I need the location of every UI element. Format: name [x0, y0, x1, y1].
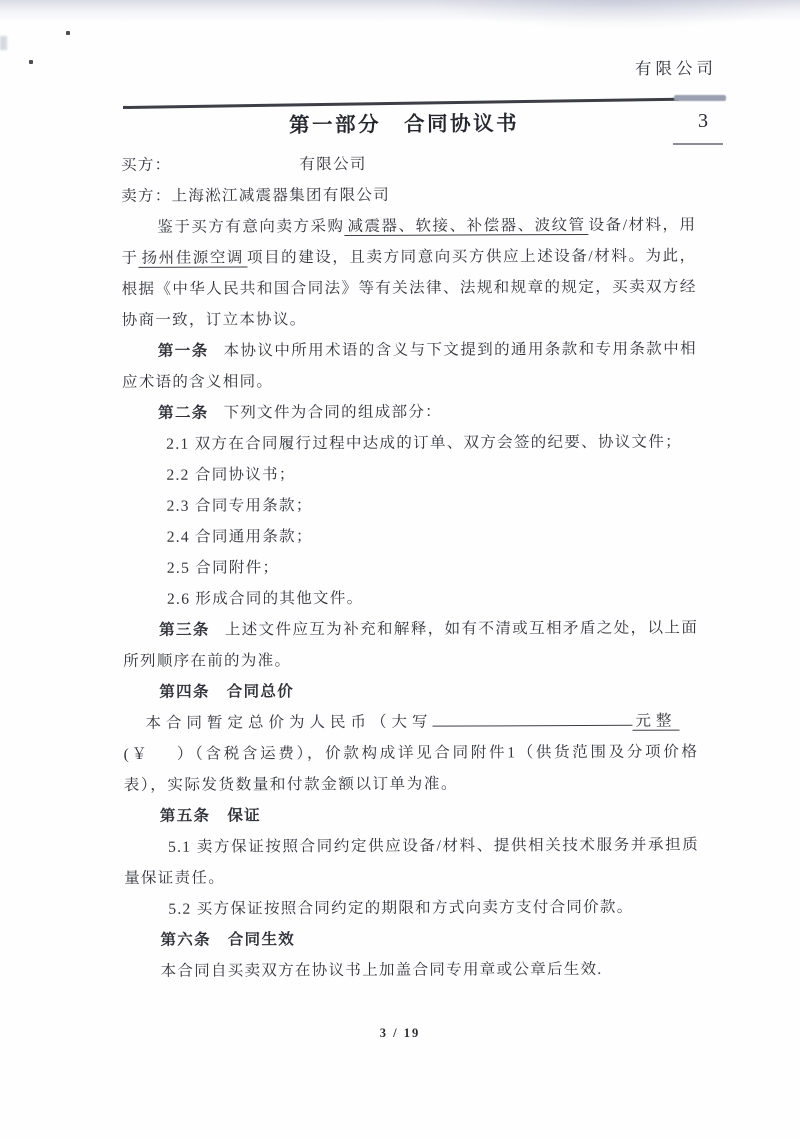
clause-6-heading: 第六条合同生效 [124, 922, 699, 956]
clause-2-item: 2.2 合同协议书； [122, 457, 697, 491]
corner-page-number: 3 [688, 110, 718, 133]
seller-line: 卖方：上海淞江减震器集团有限公司 [121, 178, 696, 212]
footer-page-number: 3 / 19 [0, 1026, 800, 1041]
clause-5-number: 第五条 [160, 808, 210, 825]
buyer-label: 买方： [121, 157, 171, 174]
clause-1-number: 第一条 [158, 343, 209, 360]
clause-5-heading: 第五条保证 [124, 798, 699, 832]
closing-line: 本合同自买卖双方在协议书上加盖合同专用章或公章后生效. [125, 953, 700, 987]
clause-5-item: 5.1 卖方保证按照合同约定供应设备/材料、提供相关技术服务并承担质量保证责任。 [124, 829, 699, 894]
contract-body: 买方：有限公司 卖方：上海淞江减震器集团有限公司 鉴于买方有意向卖方采购减震器、… [121, 147, 700, 987]
scanned-contract-page: 有限公司 第一部分 合同协议书 3 买方：有限公司 卖方：上海淞江减震器集团有限… [0, 0, 800, 1138]
currency-open: (￥ [124, 746, 150, 763]
preamble-text: 鉴于买方有意向卖方采购 [157, 218, 344, 236]
clause-1: 第一条本协议中所用术语的含义与下文提到的通用条款和专用条款中相应术语的含义相同。 [122, 333, 697, 398]
document-title: 第一部分 合同协议书 [124, 105, 684, 140]
project-name-underlined: 扬州佳源空调 [139, 249, 248, 267]
currency-close-text: ）（含税含运费），价款构成详见合同附件1（供货范围及分项价格表），实际发货数量和… [124, 743, 699, 794]
clause-4-price-line: 本合同暂定总价为人民币（大写元整 [123, 705, 698, 739]
title-rule-smudge [674, 95, 726, 101]
header-company-name: 有限公司 [635, 55, 717, 80]
price-text: 本合同暂定总价为人民币（大写 [145, 714, 432, 732]
preamble-paragraph: 鉴于买方有意向卖方采购减震器、软接、补偿器、波纹管设备/材料，用于扬州佳源空调项… [121, 209, 697, 336]
corner-page-underline [673, 143, 723, 145]
clause-2-item: 2.5 合同附件； [123, 550, 698, 584]
seller-value: 上海淞江减震器集团有限公司 [172, 187, 390, 205]
clause-3: 第三条上述文件应互为补充和解释，如有不清或互相矛盾之处，以上面所列顺序在前的为准… [123, 612, 698, 677]
scan-speck [29, 60, 33, 64]
amount-blank-underline [432, 709, 632, 726]
scan-noise-band [0, 0, 800, 22]
clause-2-item: 2.1 双方在合同履行过程中达成的订单、双方会签的纪要、协议文件； [122, 426, 697, 460]
clause-4-heading: 第四条合同总价 [123, 674, 698, 708]
clause-2: 第二条下列文件为合同的组成部分： [122, 395, 697, 429]
scan-speck [66, 31, 70, 35]
purchase-items-underlined: 减震器、软接、补偿器、波纹管 [344, 217, 588, 236]
clause-2-number: 第二条 [158, 405, 208, 422]
clause-6-title: 合同生效 [228, 931, 295, 948]
clause-5-title: 保证 [227, 807, 261, 824]
buyer-value: 有限公司 [299, 156, 366, 173]
clause-6-number: 第六条 [160, 932, 210, 949]
scan-smudge [0, 36, 7, 50]
clause-2-item: 2.4 合同通用条款； [123, 519, 698, 553]
yuan-suffix-underlined: 元整 [632, 713, 679, 731]
seller-label: 卖方： [121, 188, 171, 205]
buyer-line: 买方：有限公司 [121, 147, 696, 181]
clause-2-item: 2.6 形成合同的其他文件。 [123, 581, 698, 615]
clause-5-item: 5.2 买方保证按照合同约定的期限和方式向卖方支付合同价款。 [124, 891, 699, 925]
clause-4-currency-line: (￥）（含税含运费），价款构成详见合同附件1（供货范围及分项价格表），实际发货数… [124, 736, 699, 801]
clause-2-text: 下列文件为合同的组成部分： [224, 404, 442, 422]
clause-4-number: 第四条 [159, 684, 209, 701]
scan-noise-patch [430, 0, 800, 30]
clause-2-item: 2.3 合同专用条款； [122, 488, 697, 522]
clause-4-title: 合同总价 [227, 683, 294, 700]
clause-3-number: 第三条 [159, 622, 210, 639]
